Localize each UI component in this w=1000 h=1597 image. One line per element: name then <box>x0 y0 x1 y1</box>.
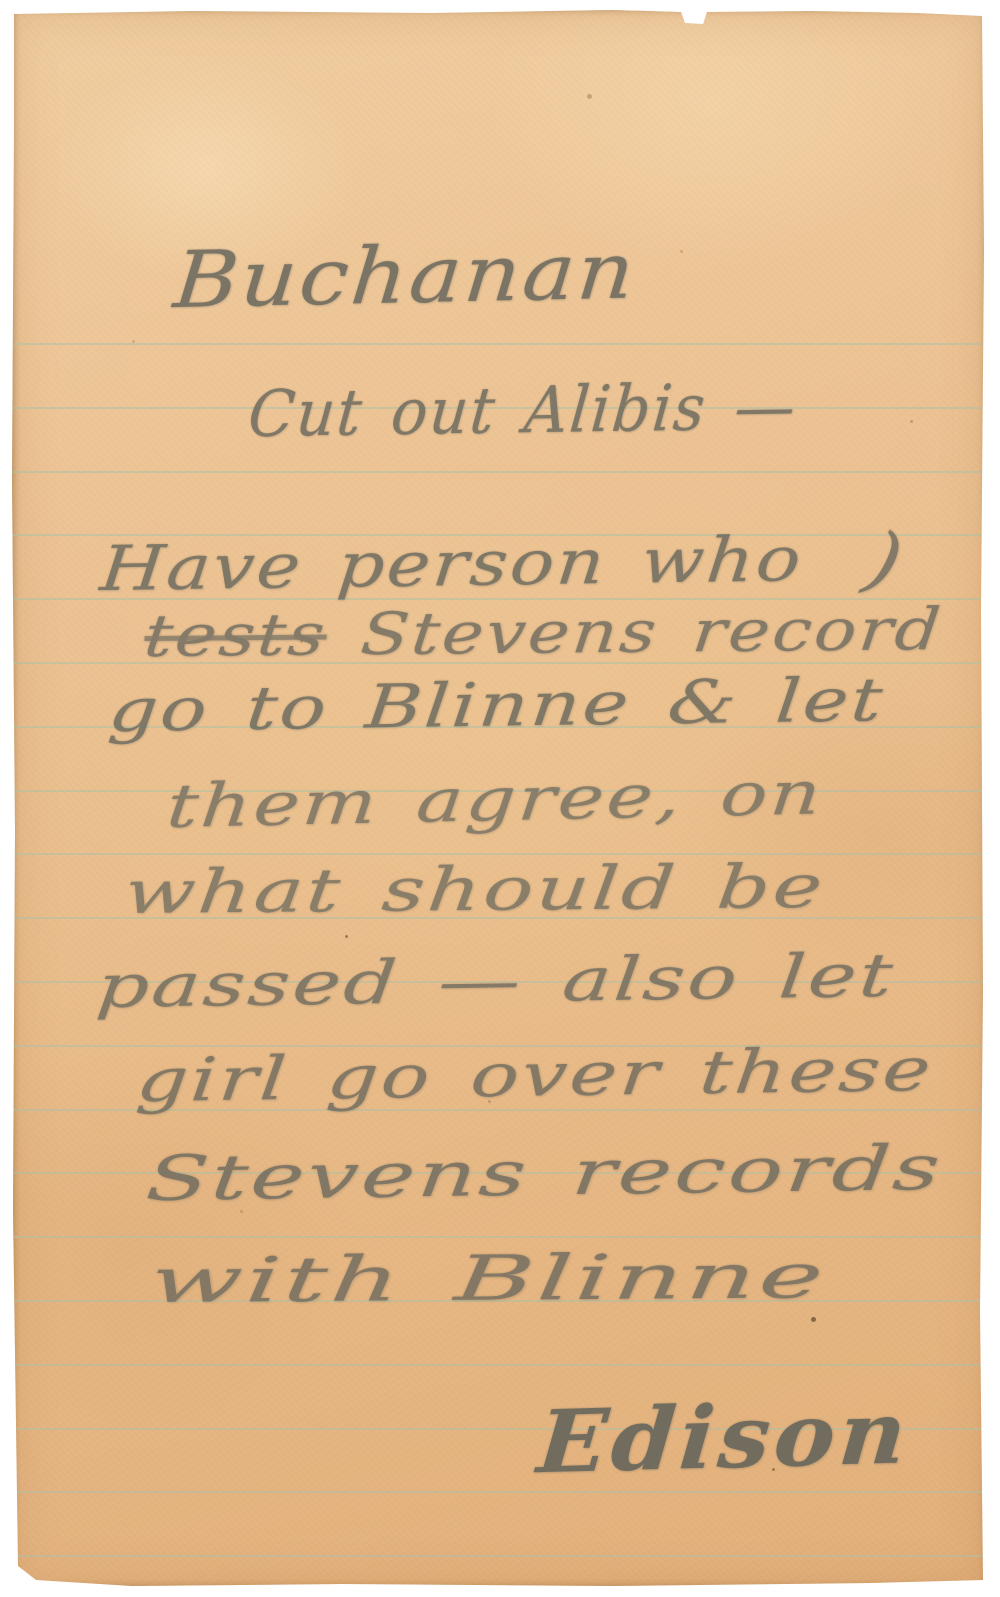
ruled-line <box>12 1300 985 1302</box>
ruled-line <box>12 1109 985 1111</box>
ruled-line <box>12 1491 985 1493</box>
ruled-line <box>12 407 985 409</box>
ruled-line <box>12 343 985 345</box>
ruled-line <box>12 598 985 600</box>
ruled-line <box>12 1364 985 1366</box>
ruled-line <box>12 853 985 855</box>
ruled-line <box>12 790 985 792</box>
ruled-line <box>12 471 985 473</box>
scanned-note-page: BuchananCut out Alibis —Have person who)… <box>0 0 1000 1597</box>
ruled-line <box>12 981 985 983</box>
paper-grain-texture <box>12 10 985 1588</box>
ruled-line <box>12 1555 985 1557</box>
paper-specks <box>12 10 15 13</box>
ruled-line <box>12 534 985 536</box>
ruled-line <box>12 1236 985 1238</box>
ruled-line <box>12 917 985 919</box>
paper-edge-shading <box>12 10 985 1588</box>
ruled-line <box>12 662 985 664</box>
paper <box>12 10 985 1588</box>
ruled-line <box>12 1172 985 1174</box>
ruled-line <box>12 726 985 728</box>
ruled-line <box>12 1045 985 1047</box>
ruled-line <box>12 1428 985 1430</box>
